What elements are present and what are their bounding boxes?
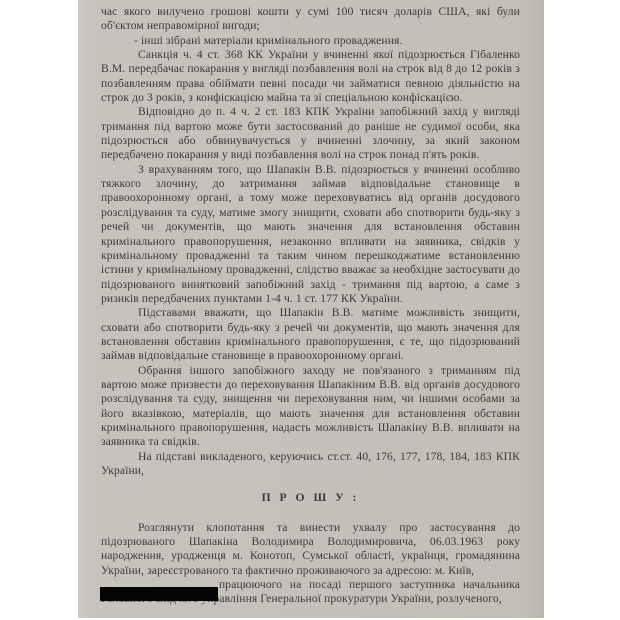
paragraph-sanction: Санкція ч. 4 ст. 368 КК України у вчинен… xyxy=(101,48,520,105)
redaction-bar xyxy=(100,587,218,601)
paragraph-risks: З врахуванням того, що Шапакін В.В. підо… xyxy=(101,163,520,306)
paragraph-legal-basis: На підставі викладеного, керуючись ст.ст… xyxy=(101,450,520,479)
document-page: час якого вилучено грошові кошти у сумі … xyxy=(78,0,544,618)
document-body: час якого вилучено грошові кошти у сумі … xyxy=(101,5,520,607)
cutoff-text xyxy=(106,610,186,616)
section-heading-request: П Р О Ш У : xyxy=(101,491,520,505)
paragraph-evidence-money: час якого вилучено грошові кошти у сумі … xyxy=(101,5,520,34)
paragraph-evidence-other: - інші зібрані матеріали кримінального п… xyxy=(101,34,520,48)
paragraph-article-183: Відповідно до п. 4 ч. 2 ст. 183 КПК Укра… xyxy=(101,105,520,162)
paragraph-request: Розглянути клопотання та винести ухвалу … xyxy=(101,521,520,578)
paragraph-alternative-measure: Обрання іншого запобіжного заходу не пов… xyxy=(101,364,520,450)
paragraph-grounds: Підставами вважати, що Шапакін В.В. мати… xyxy=(101,306,520,363)
